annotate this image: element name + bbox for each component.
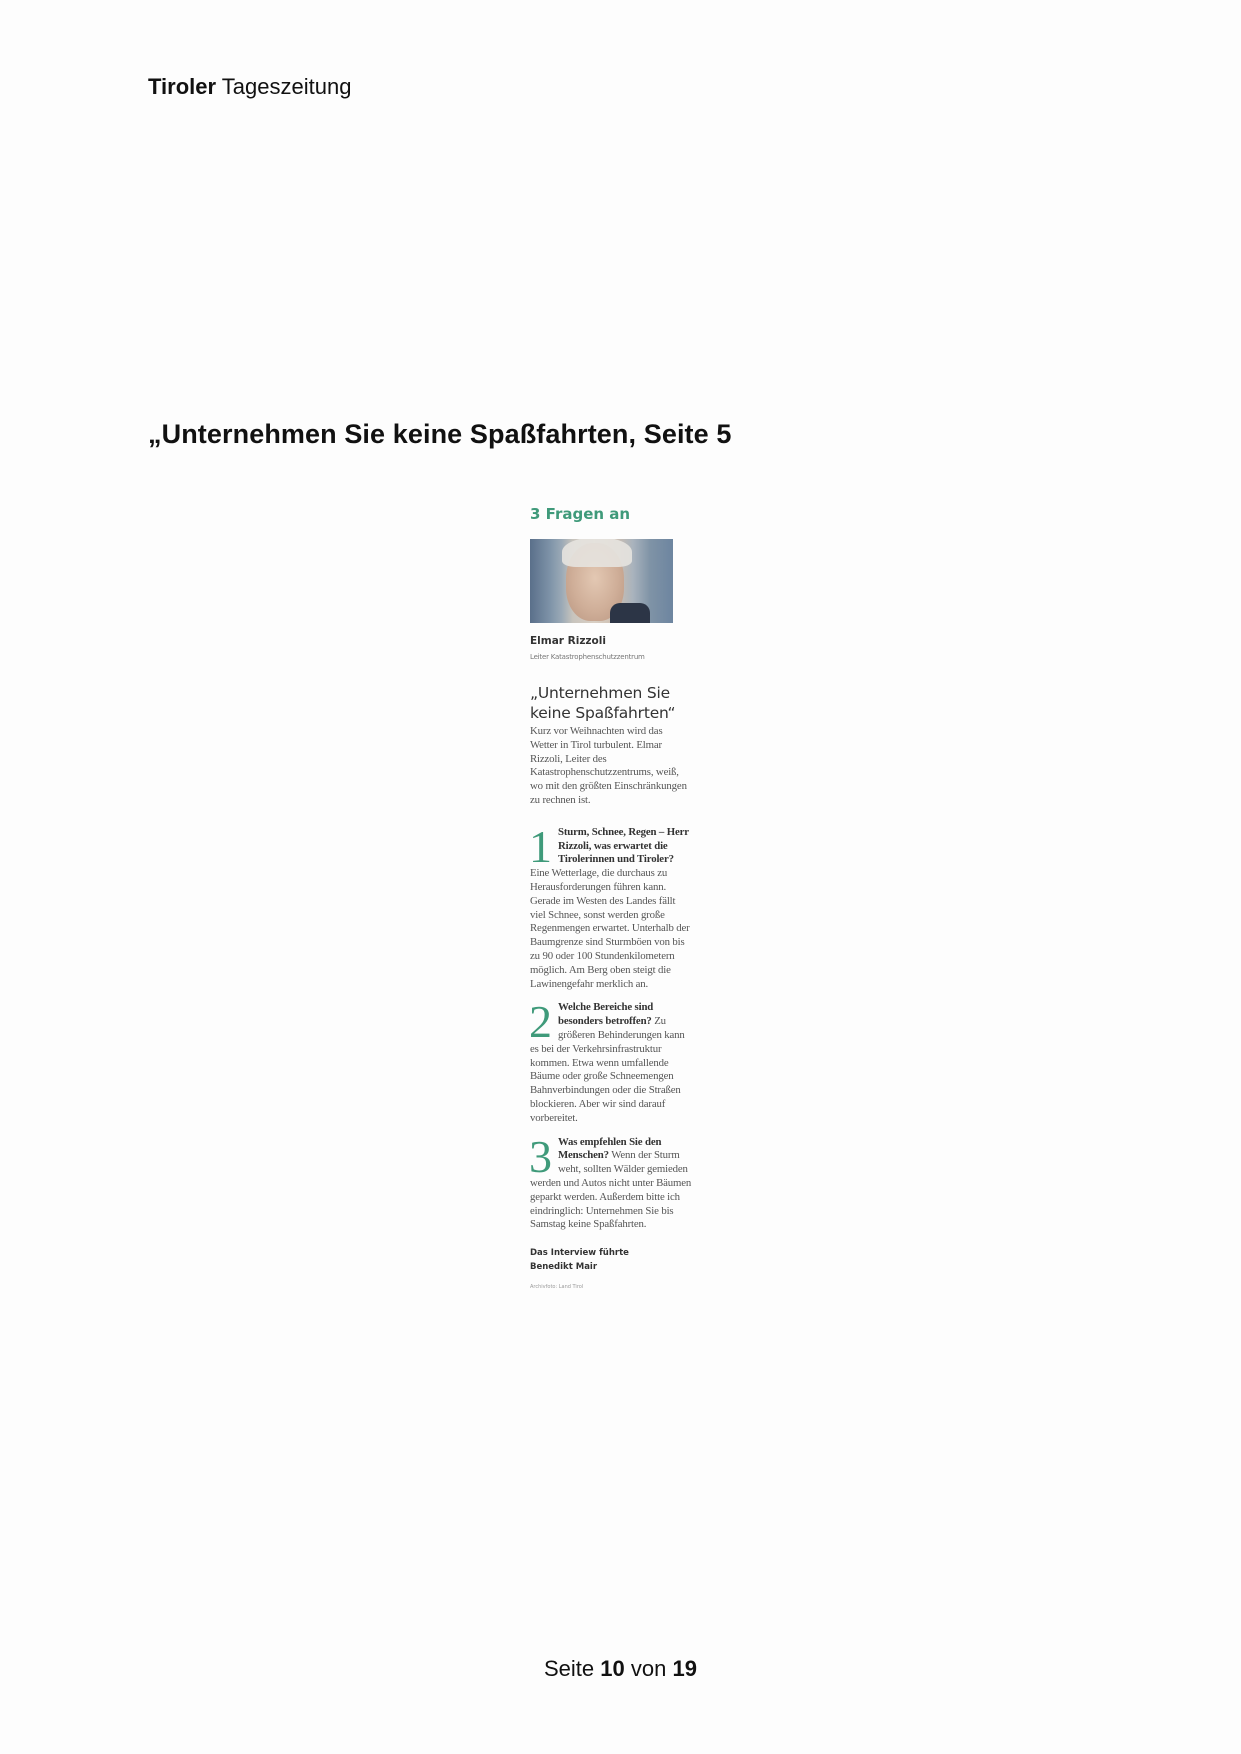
person-name: Elmar Rizzoli: [530, 635, 692, 647]
photo-credit: Archivfoto: Land Tirol: [530, 1284, 692, 1290]
interviewer-line-2: Benedikt Mair: [530, 1260, 692, 1274]
current-page-number: 10: [600, 1656, 624, 1681]
footer-separator: von: [631, 1656, 666, 1681]
question-text: Welche Bereiche sind besonders betroffen…: [558, 1001, 653, 1027]
question-number: 2: [529, 1003, 552, 1041]
question-number: 3: [529, 1138, 552, 1176]
answer-text: Eine Wetterlage, die durchaus zu Herausf…: [530, 867, 690, 989]
answer-text: Wenn der Sturm weht, sollten Wälder gemi…: [530, 1149, 691, 1230]
interviewer-credit: Das Interview führte Benedikt Mair: [530, 1246, 692, 1274]
portrait-hair-shape: [562, 539, 632, 567]
interviewer-line-1: Das Interview führte: [530, 1246, 692, 1260]
portrait-collar-shape: [610, 603, 650, 623]
total-pages-number: 19: [673, 1656, 697, 1681]
question-text: Sturm, Schnee, Regen – Herr Rizzoli, was…: [558, 826, 689, 866]
article-kicker: 3 Fragen an: [530, 505, 692, 523]
qa-text: Was empfehlen Sie den Menschen? Wenn der…: [530, 1136, 692, 1233]
document-headline: „Unternehmen Sie keine Spaßfahrten, Seit…: [148, 419, 731, 450]
qa-item-1: 1 Sturm, Schnee, Regen – Herr Rizzoli, w…: [530, 826, 692, 992]
portrait-photo: [530, 539, 673, 623]
qa-item-3: 3 Was empfehlen Sie den Menschen? Wenn d…: [530, 1136, 692, 1233]
person-role: Leiter Katastrophenschutzzentrum: [530, 653, 692, 661]
qa-text: Sturm, Schnee, Regen – Herr Rizzoli, was…: [530, 826, 692, 992]
answer-text: Zu größeren Behinderungen kann es bei de…: [530, 1015, 685, 1124]
article-clipping: 3 Fragen an Elmar Rizzoli Leiter Katastr…: [530, 505, 692, 1290]
footer-prefix: Seite: [544, 1656, 594, 1681]
page-header: Tiroler Tageszeitung: [148, 74, 351, 100]
qa-text: Welche Bereiche sind besonders betroffen…: [530, 1001, 692, 1125]
brand-name-rest: Tageszeitung: [222, 74, 352, 99]
page-footer: Seite 10 von 19: [0, 1656, 1241, 1682]
article-intro: Kurz vor Weihnachten wird das Wetter in …: [530, 725, 692, 808]
qa-item-2: 2 Welche Bereiche sind besonders betroff…: [530, 1001, 692, 1125]
question-number: 1: [529, 828, 552, 866]
article-title: „Unternehmen Sie keine Spaßfahrten“: [530, 683, 692, 723]
brand-name-bold: Tiroler: [148, 74, 216, 99]
